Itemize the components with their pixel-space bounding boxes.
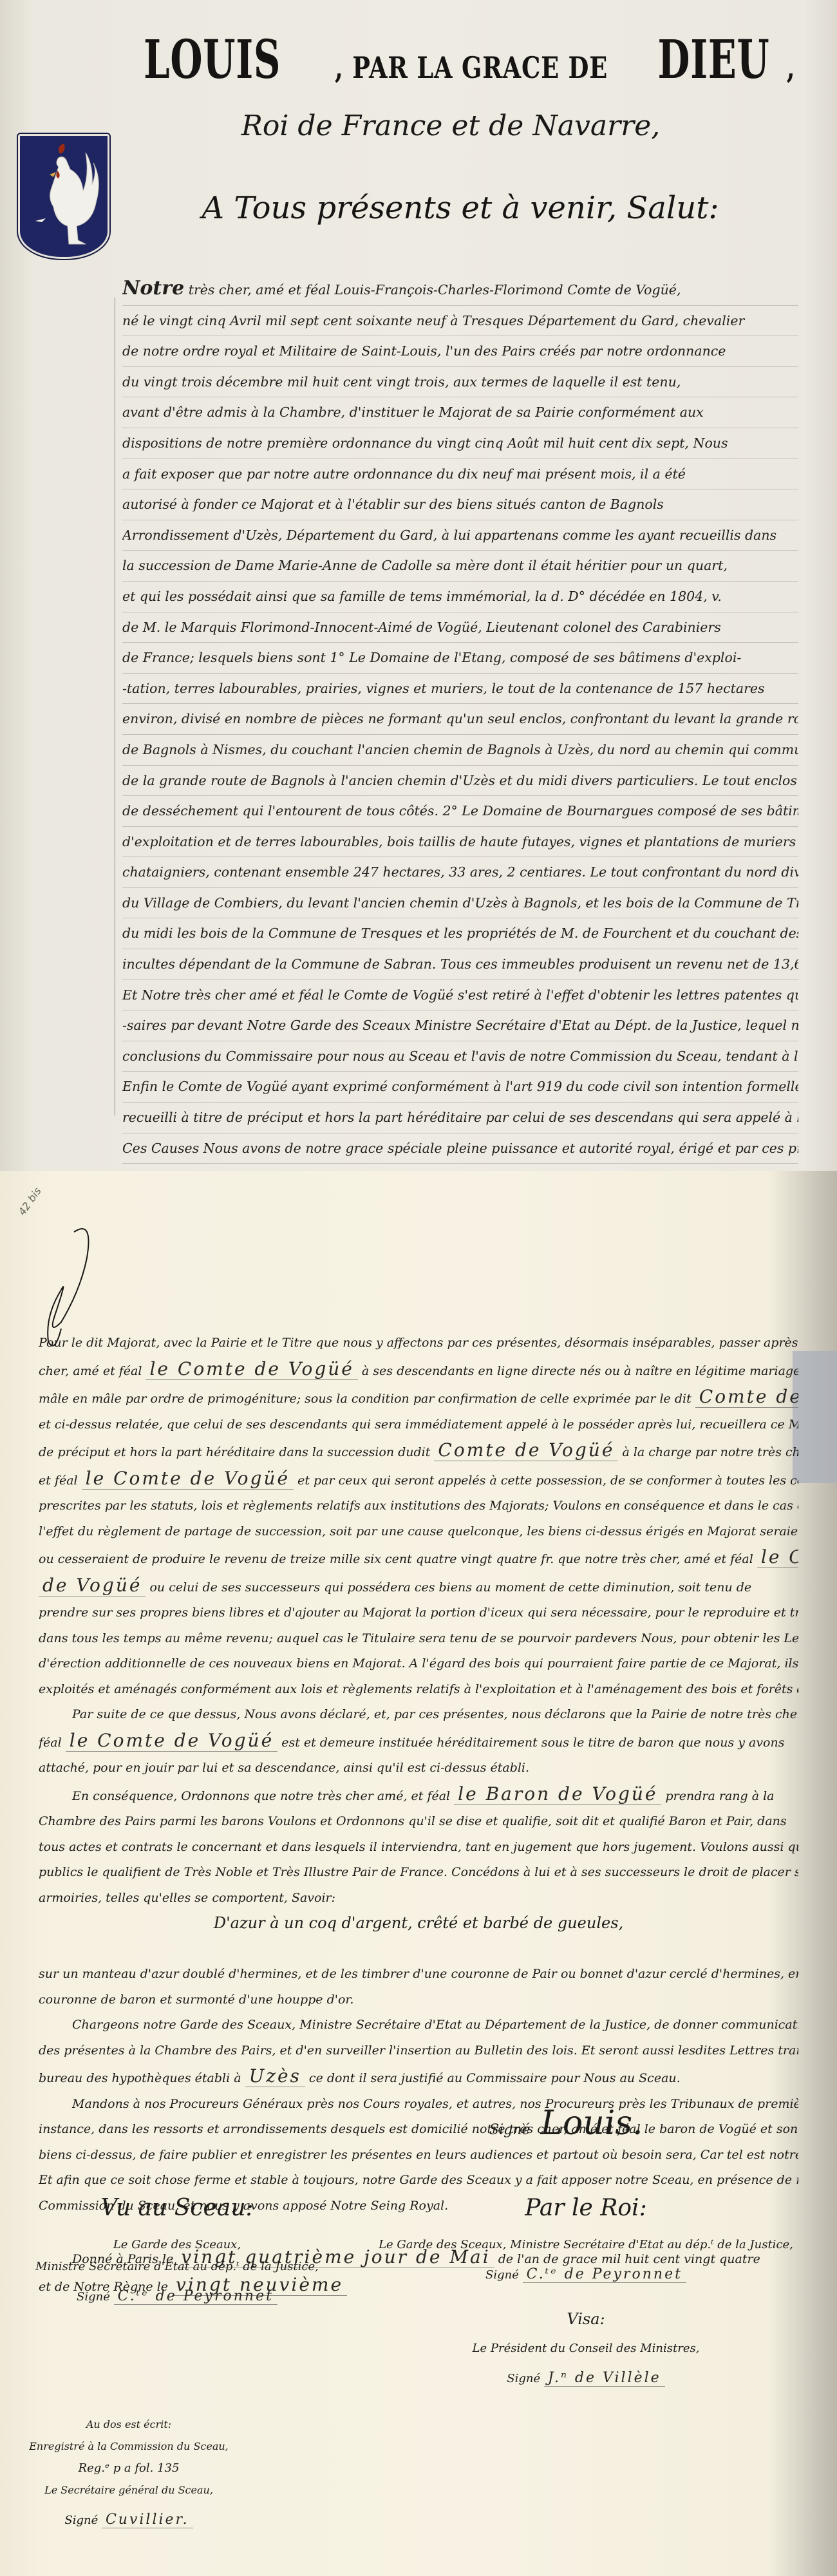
headline-louis: LOUIS xyxy=(144,29,281,91)
text-line: exploités et aménagés conformément aux l… xyxy=(39,1677,798,1703)
king-signature: SignéLouis. xyxy=(489,2111,721,2143)
king-signature-name: Louis. xyxy=(540,2104,643,2143)
text-line: biens ci-dessus, de faire publier et enr… xyxy=(39,2143,798,2168)
manuscript-line: la succession de Dame Marie-Anne de Cado… xyxy=(122,551,798,582)
handwritten-name: le Comte de Vogüé xyxy=(146,1358,357,1380)
text-line: et féal le Comte de Vogüé et par ceux qu… xyxy=(39,1466,798,1494)
text-line: l'effet du règlement de partage de succe… xyxy=(39,1519,798,1545)
headline-comma: , xyxy=(786,50,795,85)
text-line: publics le qualifient de Très Noble et T… xyxy=(39,1860,798,1886)
manuscript-line: -saires par devant Notre Garde des Sceau… xyxy=(122,1010,798,1041)
manuscript-line: a fait exposer que par notre autre ordon… xyxy=(122,459,798,490)
text-line: Chargeons notre Garde des Sceaux, Minist… xyxy=(39,2012,798,2038)
coat-of-arms-shield xyxy=(18,134,109,259)
manuscript-line: Ces Causes Nous avons de notre grace spé… xyxy=(122,1133,798,1164)
royal-headline: LOUIS, PAR LA GRACE DE DIEU, xyxy=(116,29,805,91)
manuscript-line: de France; lesquels biens sont 1° Le Dom… xyxy=(122,643,798,674)
manuscript-line: d'exploitation et de terres labourables,… xyxy=(122,827,798,858)
manuscript-line: de desséchement qui l'entourent de tous … xyxy=(122,796,798,827)
handwritten-name: de Vogüé xyxy=(39,1575,146,1596)
text-line: tous actes et contrats le concernant et … xyxy=(39,1835,798,1861)
letters-patent-page-1: LOUIS, PAR LA GRACE DE DIEU, Roi de Fran… xyxy=(0,0,837,1171)
manuscript-line: du vingt trois décembre mil huit cent vi… xyxy=(122,367,798,398)
text-line: Par suite de ce que dessus, Nous avons d… xyxy=(39,1702,798,1728)
text-line: prendre sur ses propres biens libres et … xyxy=(39,1600,798,1626)
text-line: prescrites par les statuts, lois et règl… xyxy=(39,1493,798,1519)
headline-dieu: DIEU xyxy=(657,29,769,91)
text-line: sur un manteau d'azur doublé d'hermines,… xyxy=(39,1962,798,1987)
manuscript-line: Notre très cher, amé et féal Louis-Franç… xyxy=(122,274,798,306)
handwritten-place: Uzès xyxy=(245,2065,305,2087)
text-line: féal le Comte de Vogüé est et demeure in… xyxy=(39,1728,798,1756)
margin-rule xyxy=(115,298,115,1115)
manuscript-line: du Village de Combiers, du levant l'anci… xyxy=(122,888,798,919)
manuscript-line: conclusions du Commissaire pour nous au … xyxy=(122,1041,798,1072)
text-line: de Vogüé ou celui de ses successeurs qui… xyxy=(39,1573,798,1601)
printed-body: Pour le dit Majorat, avec la Pairie et l… xyxy=(39,1331,798,2300)
manuscript-line: Enfin le Comte de Vogüé ayant exprimé co… xyxy=(122,1072,798,1103)
bleed-through-shield xyxy=(793,1351,837,1483)
text-line: couronne de baron et surmonté d'une houp… xyxy=(39,1987,798,2013)
manuscript-line: recueilli à titre de préciput et hors la… xyxy=(122,1103,798,1133)
royal-greeting: A Tous présents et à venir, Salut: xyxy=(155,190,766,226)
cuvillier-signature: Cuvillier. xyxy=(102,2512,193,2528)
handwritten-name: le Baron de Vogüé xyxy=(454,1783,661,1805)
manuscript-line: environ, divisé en nombre de pièces ne f… xyxy=(122,704,798,735)
text-line: de préciput et hors la part héréditaire … xyxy=(39,1437,798,1466)
handwritten-name: le Comte xyxy=(757,1546,798,1568)
handwritten-name: Comte de Vogüé xyxy=(434,1439,618,1461)
text-line: des présentes à la Chambre des Pairs, et… xyxy=(39,2038,798,2064)
text-line: cher, amé et féal le Comte de Vogüé à se… xyxy=(39,1356,798,1385)
manuscript-line: du midi les bois de la Commune de Tresqu… xyxy=(122,918,798,949)
text-line: Chambre des Pairs parmi les barons Voulo… xyxy=(39,1809,798,1835)
manuscript-line: chataigniers, contenant ensemble 247 hec… xyxy=(122,857,798,888)
blazon-line: D'azur à un coq d'argent, crêté et barbé… xyxy=(39,1911,798,1937)
manuscript-line: de M. le Marquis Florimond-Innocent-Aimé… xyxy=(122,612,798,643)
text-line: mâle en mâle par ordre de primogéniture;… xyxy=(39,1384,798,1412)
manuscript-line: autorisé à fonder ce Majorat et à l'étab… xyxy=(122,489,798,520)
manuscript-line: avant d'être admis à la Chambre, d'insti… xyxy=(122,397,798,428)
text-line: Et afin que ce soit chose ferme et stabl… xyxy=(39,2168,798,2193)
manuscript-line: de la grande route de Bagnols à l'ancien… xyxy=(122,766,798,797)
handwritten-name: Comte de Vogüé xyxy=(695,1386,798,1408)
text-line: ou cesseraient de produire le revenu de … xyxy=(39,1544,798,1573)
manuscript-line: Et Notre très cher amé et féal le Comte … xyxy=(122,980,798,1011)
peyronnet-countersignature: C.ᵗᵉ de Peyronnet xyxy=(523,2266,686,2283)
manuscript-line: incultes dépendant de la Commune de Sabr… xyxy=(122,949,798,980)
manuscript-body: Notre très cher, amé et féal Louis-Franç… xyxy=(122,274,798,1256)
royal-subtitle: Roi de France et de Navarre, xyxy=(193,109,708,142)
headline-par-la-grace: , PAR LA GRACE DE xyxy=(335,50,608,85)
manuscript-line: Arrondissement d'Uzès, Département du Ga… xyxy=(122,520,798,551)
text-line: Pour le dit Majorat, avec la Pairie et l… xyxy=(39,1331,798,1356)
text-line: d'érection additionnelle de ces nouveaux… xyxy=(39,1651,798,1677)
peyronnet-signature: C.ᵗᵉ de Peyronnet xyxy=(114,2288,277,2305)
text-line: bureau des hypothèques établi à Uzès ce … xyxy=(39,2063,798,2092)
text-line xyxy=(39,1937,798,1962)
manuscript-line: -tation, terres labourables, prairies, v… xyxy=(122,674,798,705)
vu-au-sceau-block: Vu au Sceau: Le Garde des Sceaux, Minist… xyxy=(26,2195,328,2304)
villele-signature: J.ⁿ de Villèle xyxy=(544,2370,665,2387)
text-line: dans tous les temps au même revenu; auqu… xyxy=(39,1626,798,1652)
manuscript-line: dispositions de notre première ordonnanc… xyxy=(122,428,798,459)
rooster-icon xyxy=(26,141,101,252)
par-le-roi-block: Par le Roi: Le Garde des Sceaux, Ministr… xyxy=(367,2195,805,2386)
letters-patent-page-2: 42 bis Pour le dit Majorat, avec la Pair… xyxy=(0,1171,837,2576)
handwritten-name: le Comte de Vogüé xyxy=(82,1468,294,1490)
text-line: armoiries, telles qu'elles se comportent… xyxy=(39,1886,798,1911)
manuscript-line: de notre ordre royal et Militaire de Sai… xyxy=(122,336,798,367)
manuscript-line: né le vingt cinq Avril mil sept cent soi… xyxy=(122,306,798,337)
manuscript-line: et qui les possédait ainsi que sa famill… xyxy=(122,582,798,612)
text-line: attaché, pour en jouir par lui et sa des… xyxy=(39,1756,798,1781)
folio-note: 42 bis xyxy=(16,1185,44,1218)
manuscript-line: de Bagnols à Nismes, du couchant l'ancie… xyxy=(122,735,798,766)
handwritten-name: le Comte de Vogüé xyxy=(66,1730,277,1752)
back-registration-note: Au dos est écrit: Enregistré à la Commis… xyxy=(26,2414,232,2528)
text-line: En conséquence, Ordonnons que notre très… xyxy=(39,1781,798,1810)
text-line: et ci-dessus relatée, que celui de ses d… xyxy=(39,1412,798,1438)
